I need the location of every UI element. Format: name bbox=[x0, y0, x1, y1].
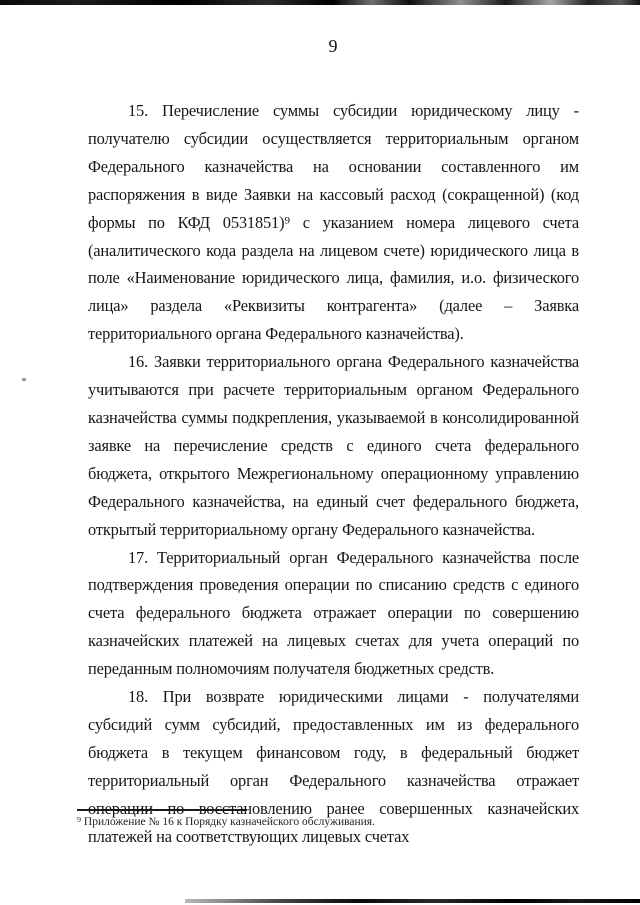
page-number: 9 bbox=[88, 36, 578, 57]
paragraph-17: 17. Территориальный орган Федерального к… bbox=[88, 544, 579, 684]
footnote: ⁹ Приложение № 16 к Порядку казначейског… bbox=[77, 815, 567, 829]
paragraph-16: 16. Заявки территориального органа Федер… bbox=[88, 348, 579, 543]
paragraph-15: 15. Перечисление суммы субсидии юридичес… bbox=[88, 97, 579, 348]
footnote-separator bbox=[77, 809, 247, 811]
document-body: 15. Перечисление суммы субсидии юридичес… bbox=[88, 97, 579, 850]
scan-artifact-top-bar bbox=[0, 0, 640, 5]
scan-artifact-bottom-bar bbox=[185, 899, 640, 903]
scan-speck bbox=[22, 378, 26, 381]
document-page: 9 15. Перечисление суммы субсидии юридич… bbox=[0, 0, 640, 905]
